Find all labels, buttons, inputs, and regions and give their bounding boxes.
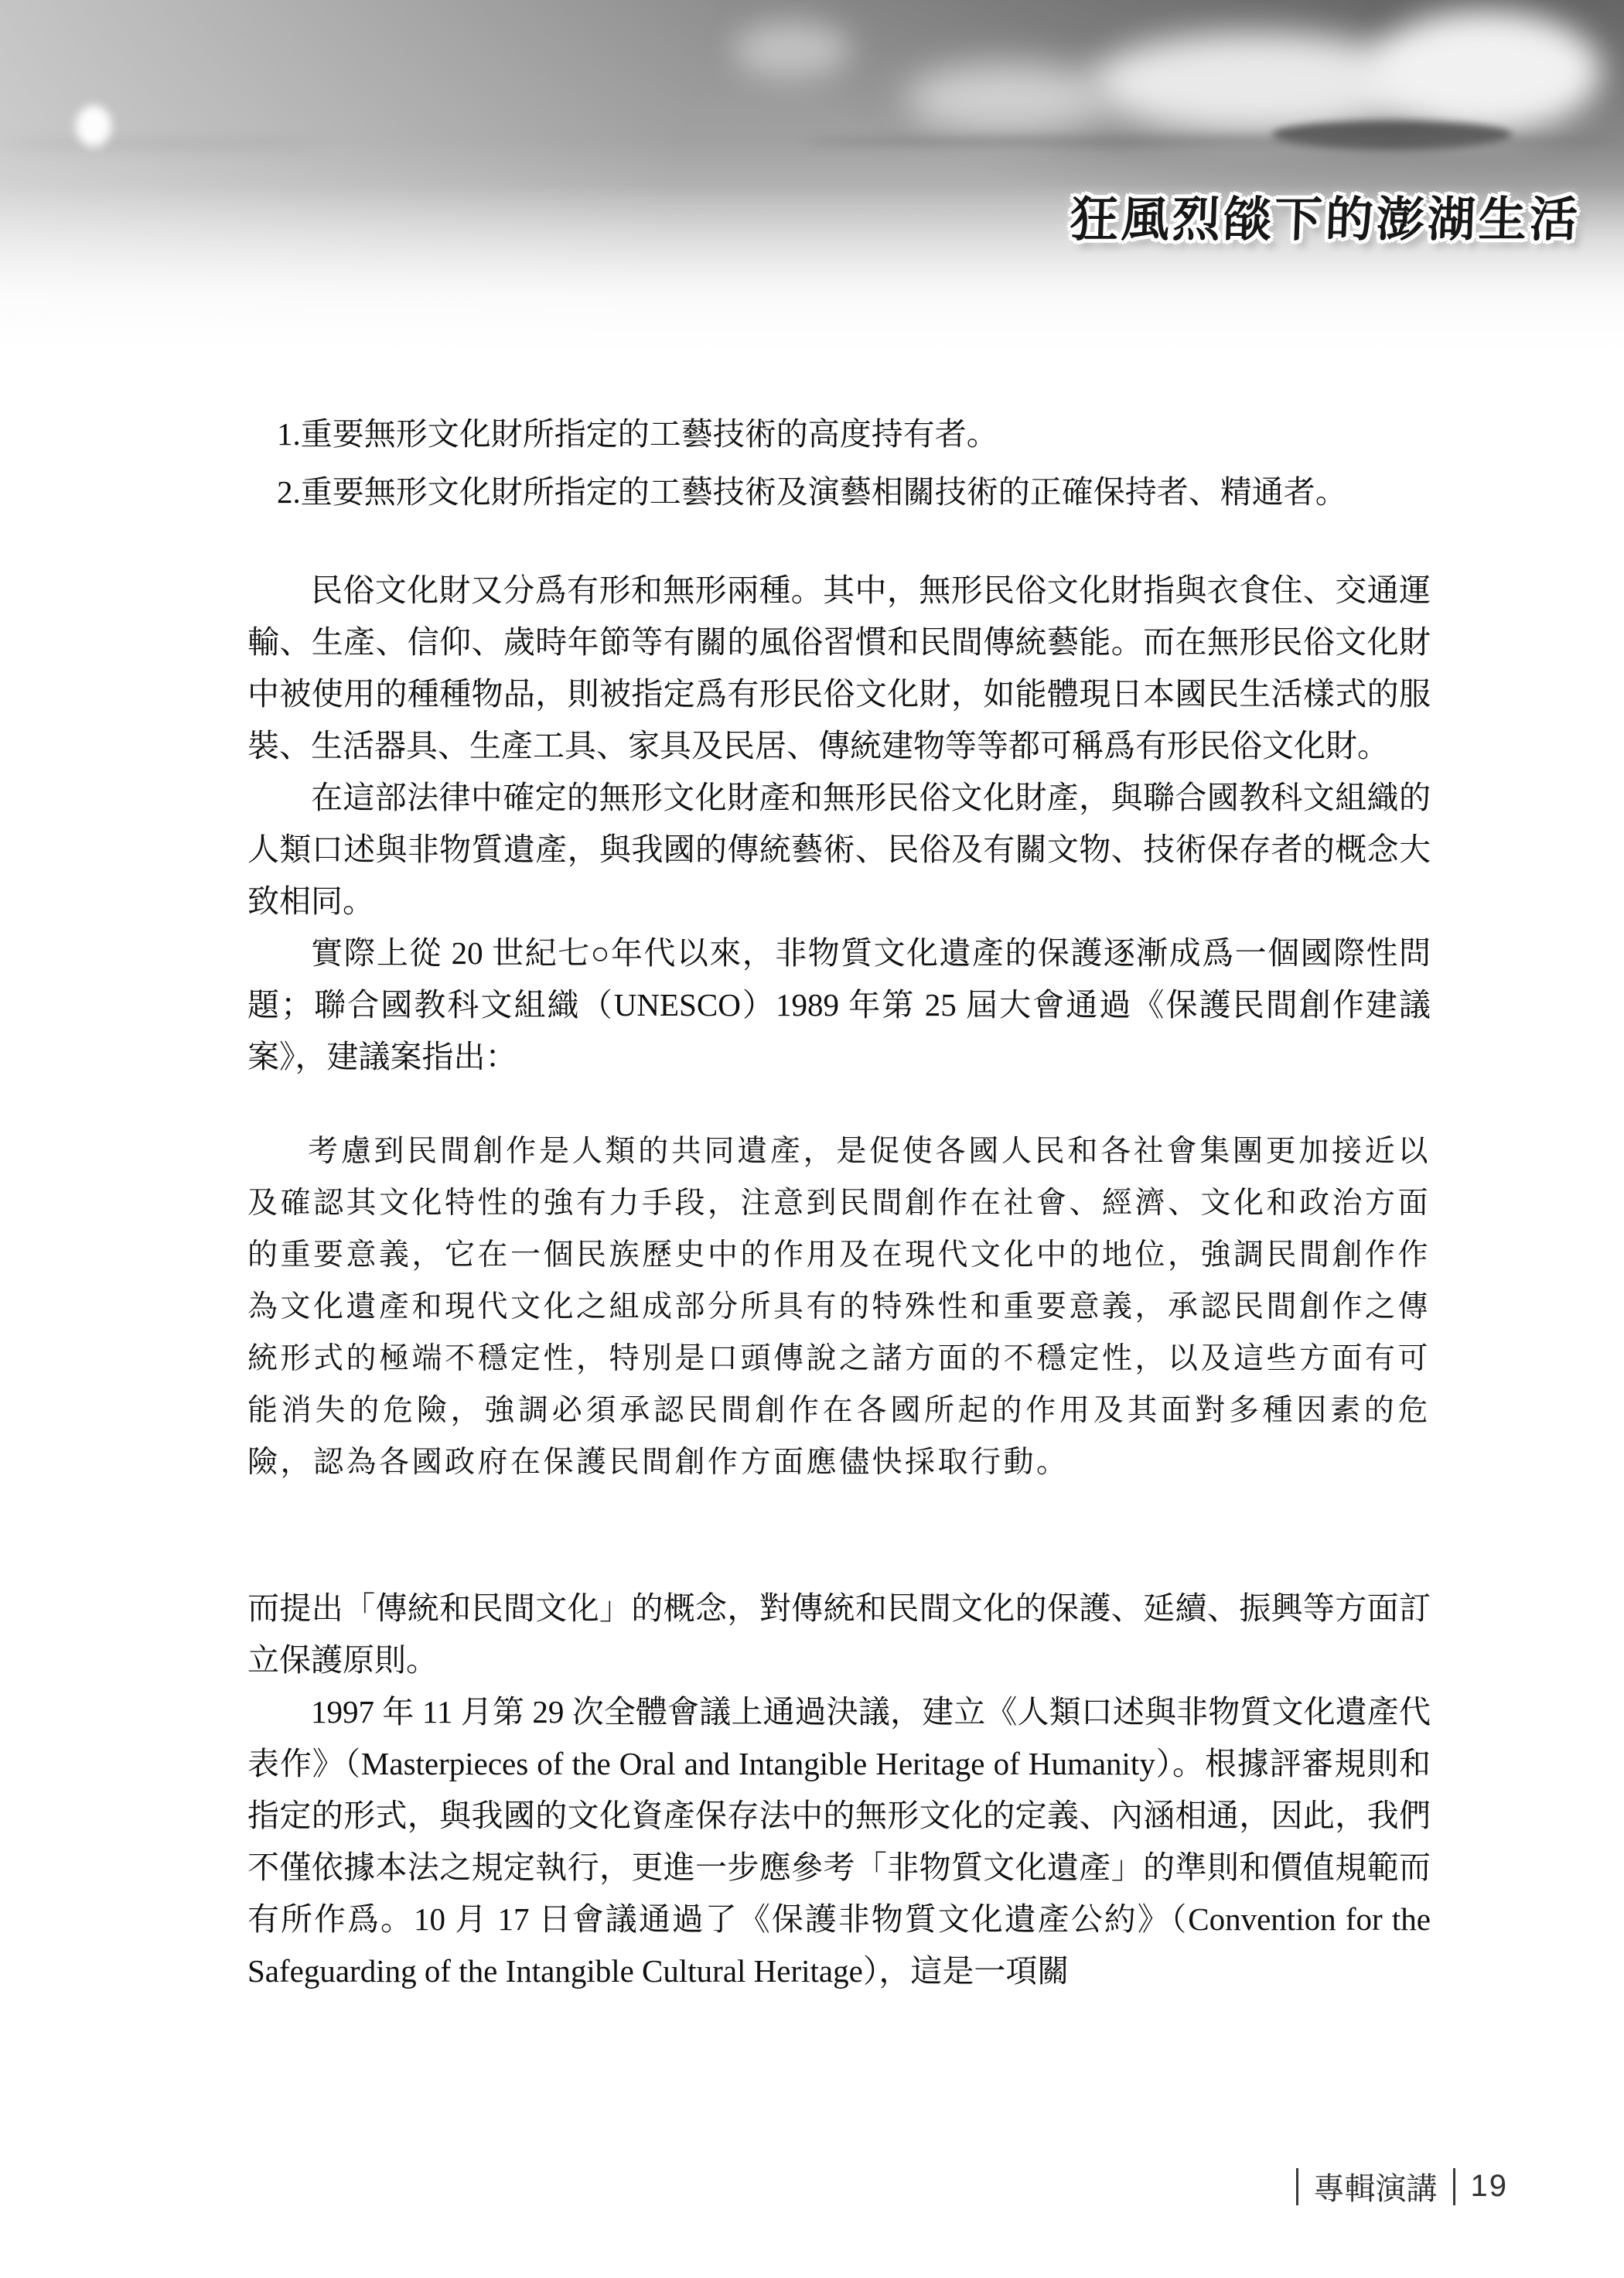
- footer-page-number: 19: [1471, 2169, 1509, 2204]
- paragraph: 1997 年 11 月第 29 次全體會議上通過決議，建立《人類口述與非物質文化…: [247, 1686, 1431, 1997]
- footer-section-label: 專輯演講: [1314, 2164, 1438, 2208]
- document-page: 狂風烈燄下的澎湖生活 1.重要無形文化財所指定的工藝技術的高度持有者。 2.重要…: [0, 0, 1624, 2278]
- cloud-shape: [1369, 11, 1601, 133]
- numbered-list: 1.重要無形文化財所指定的工藝技術的高度持有者。 2.重要無形文化財所指定的工藝…: [277, 408, 1431, 518]
- list-item: 1.重要無形文化財所指定的工藝技術的高度持有者。: [277, 408, 1431, 460]
- page-title: 狂風烈燄下的澎湖生活: [1069, 181, 1581, 250]
- body-text-column: 1.重要無形文化財所指定的工藝技術的高度持有者。 2.重要無形文化財所指定的工藝…: [247, 408, 1431, 1997]
- horizon-line: [804, 136, 1624, 147]
- paragraph: 在這部法律中確定的無形文化財產和無形民俗文化財產，與聯合國教科文組織的人類口述與…: [247, 772, 1431, 927]
- block-quote: 考慮到民間創作是人類的共同遺產，是促使各國人民和各社會集團更加接近以及確認其文化…: [247, 1125, 1431, 1488]
- horizon-line-left: [0, 141, 325, 148]
- cloud-shape: [905, 63, 1114, 135]
- sun-spot: [76, 105, 111, 147]
- cloud-shape: [735, 22, 851, 77]
- footer-separator-bar: [1453, 2168, 1455, 2205]
- page-footer: 專輯演講 19: [1296, 2164, 1509, 2208]
- footer-separator-bar: [1296, 2168, 1298, 2205]
- paragraph: 而提出「傳統和民間文化」的概念，對傳統和民間文化的保護、延續、振興等方面訂立保護…: [247, 1583, 1431, 1686]
- paragraph: 實際上從 20 世紀七○年代以來，非物質文化遺產的保護逐漸成爲一個國際性問題；聯…: [247, 927, 1431, 1083]
- paragraph: 民俗文化財又分爲有形和無形兩種。其中，無形民俗文化財指與衣食住、交通運輸、生產、…: [247, 565, 1431, 772]
- list-item: 2.重要無形文化財所指定的工藝技術及演藝相關技術的正確保持者、精通者。: [277, 466, 1431, 518]
